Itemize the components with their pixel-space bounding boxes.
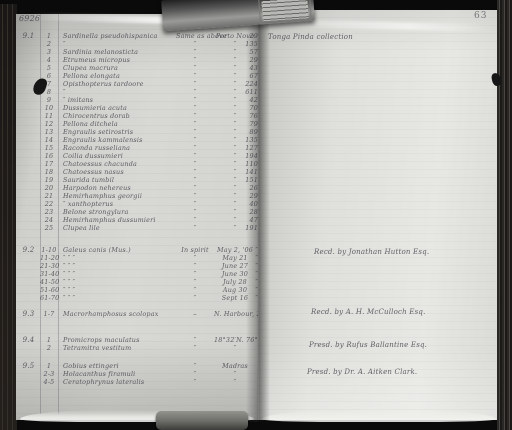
ledger-row: 1Promicrops maculatus″18°32′N. 76°45′W. … — [16, 336, 258, 344]
ledger-row: 19Saurida tumbil″″151 — [16, 176, 258, 184]
ledger-row: 11-20″ ″ ″″May 21″ — [16, 254, 258, 262]
ledger-section: 1-10Galeus canis (Mus.)In spiritMay 2, '… — [16, 246, 258, 302]
ledger-row: 25Clupea lile″″191 — [16, 224, 258, 232]
ledger-row: 20Harpodon nehereus″″26 — [16, 184, 258, 192]
book-gutter — [246, 6, 270, 422]
ledger-row: 13Engraulis setirostris″″89 — [16, 128, 258, 136]
ledger-section: 1-7Macrorhamphosus scolopax–N. Harbour, … — [16, 310, 258, 318]
ledger-row: 4-5Ceratophrynus lateralis″″ — [16, 378, 258, 386]
ledger-section: 1Promicrops maculatus″18°32′N. 76°45′W. … — [16, 336, 258, 352]
ledger-right-page: 63 Tonga Pinda collection Recd. by Jonat… — [258, 10, 500, 420]
acquisition-note: Recd. by A. H. McCulloch Esq. — [311, 308, 426, 316]
ledger-row: 10Dussumieria acuta″″70 — [16, 104, 258, 112]
ledger-row: 18Chatoessus nasus″″141 — [16, 168, 258, 176]
page-block-edge — [497, 0, 512, 430]
ledger-row: 12Pellona ditchela″″79 — [16, 120, 258, 128]
page-number: 63 — [474, 11, 487, 21]
ledger-row: 24Hemirhamphus dussumieri″″47 — [16, 216, 258, 224]
ledger-row: 21-30″ ″ ″″June 27″ — [16, 262, 258, 270]
ledger-row: 1-7Macrorhamphosus scolopax–N. Harbour, … — [16, 310, 258, 318]
ledger-row: 51-60″ ″ ″″Aug 30″ — [16, 286, 258, 294]
ledger-row: 15Raconda russeliana″″127 — [16, 144, 258, 152]
book-spine — [0, 4, 17, 430]
ledger-row: 8″″″611 — [16, 88, 258, 96]
ledger-row: 4Etrumeus micropus″″29 — [16, 56, 258, 64]
page-weight-object — [156, 411, 248, 430]
acquisition-note: Presd. by Dr. A. Aitken Clark. — [307, 368, 417, 376]
acquisition-note: Presd. by Rufus Ballantine Esq. — [309, 341, 427, 349]
ledger-row: 6Pellona elongata″″67 — [16, 72, 258, 80]
acquisition-note: Recd. by Jonathan Hutton Esq. — [314, 248, 429, 256]
ledger-photo: 6926 9.1 9.2 9.3 9.4 9.5 1Sardinella pse… — [0, 0, 512, 430]
ledger-row: 9″ imitans″″42 — [16, 96, 258, 104]
ledger-row: 21Hemirhamphus georgii″″29 — [16, 192, 258, 200]
ledger-row: 1Sardinella pseudohispanicaSame as above… — [16, 32, 258, 40]
ledger-row: 7Opisthopterus tardoore″″224 — [16, 80, 258, 88]
ledger-row: 31-40″ ″ ″″June 30″ — [16, 270, 258, 278]
ledger-row: 16Coilia dussumieri″″194 — [16, 152, 258, 160]
ledger-row: 61-70″ ″ ″″Sept 16″ — [16, 294, 258, 302]
ledger-row: 23Belone strongylura″″28 — [16, 208, 258, 216]
ledger-row: 2-3Holacanthus firamuli″″ — [16, 370, 258, 378]
ledger-row: 5Clupea macrura″″43 — [16, 64, 258, 72]
ledger-section: 1Sardinella pseudohispanicaSame as above… — [16, 32, 258, 232]
ledger-row: 2″″″135 — [16, 40, 258, 48]
scale-bar-label — [258, 0, 312, 24]
ledger-row: 1Gobius ettingeri″Madras — [16, 362, 258, 370]
ledger-left-page: 6926 9.1 9.2 9.3 9.4 9.5 1Sardinella pse… — [16, 14, 258, 420]
collection-header-note: Tonga Pinda collection — [268, 33, 353, 41]
ledger-row: 1-10Galeus canis (Mus.)In spiritMay 2, '… — [16, 246, 258, 254]
ledger-row: 2Tetramitra vestitum″″ — [16, 344, 258, 352]
ledger-row: 11Chirocentrus dorab″″76 — [16, 112, 258, 120]
ledger-row: 14Engraulis kammalensis″″135 — [16, 136, 258, 144]
ledger-section: 1Gobius ettingeri″Madras2-3Holacanthus f… — [16, 362, 258, 386]
ledger-row: 17Chatoessus chacunda″″110 — [16, 160, 258, 168]
ledger-row: 22″ xanthopterus″″40 — [16, 200, 258, 208]
ledger-row: 3Sardinia melanosticta″″57 — [16, 48, 258, 56]
ledger-row: 41-50″ ″ ″″July 28″ — [16, 278, 258, 286]
